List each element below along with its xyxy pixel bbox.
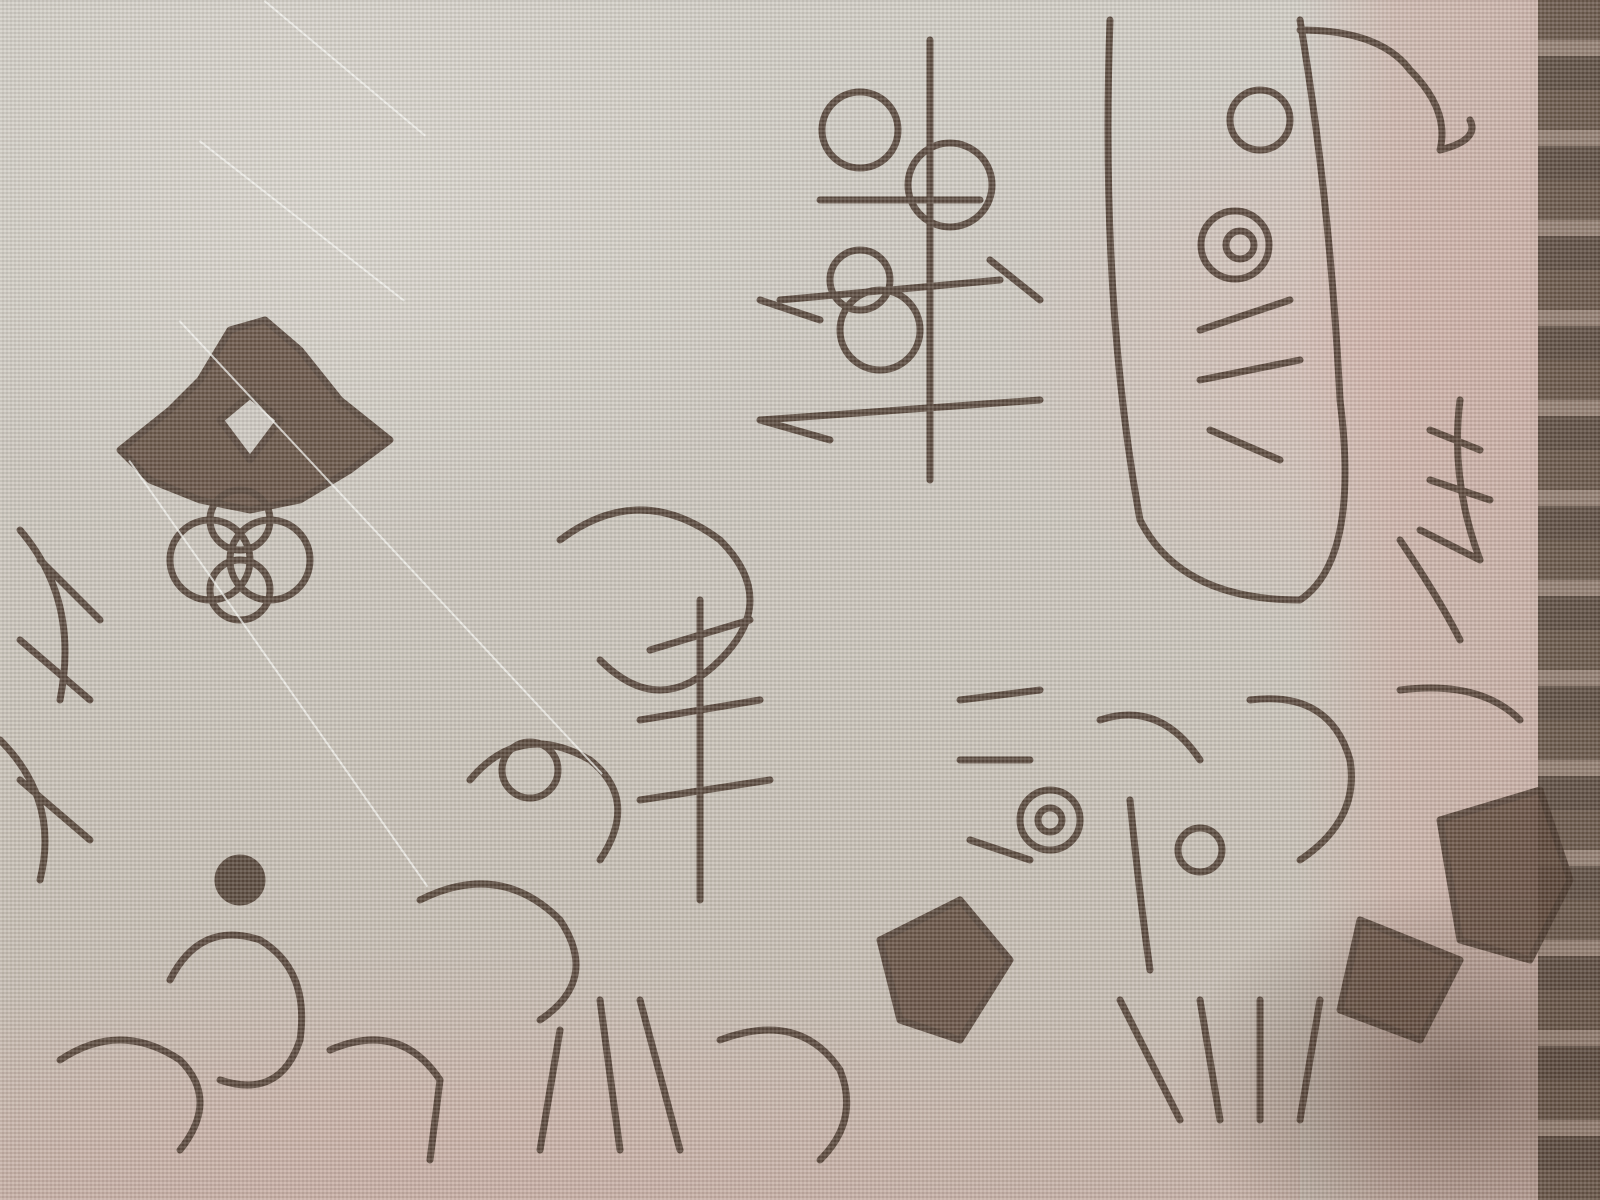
- cartouche: [1108, 20, 1345, 600]
- rug-motifs: [0, 0, 1600, 1200]
- rug-photo: [0, 0, 1600, 1200]
